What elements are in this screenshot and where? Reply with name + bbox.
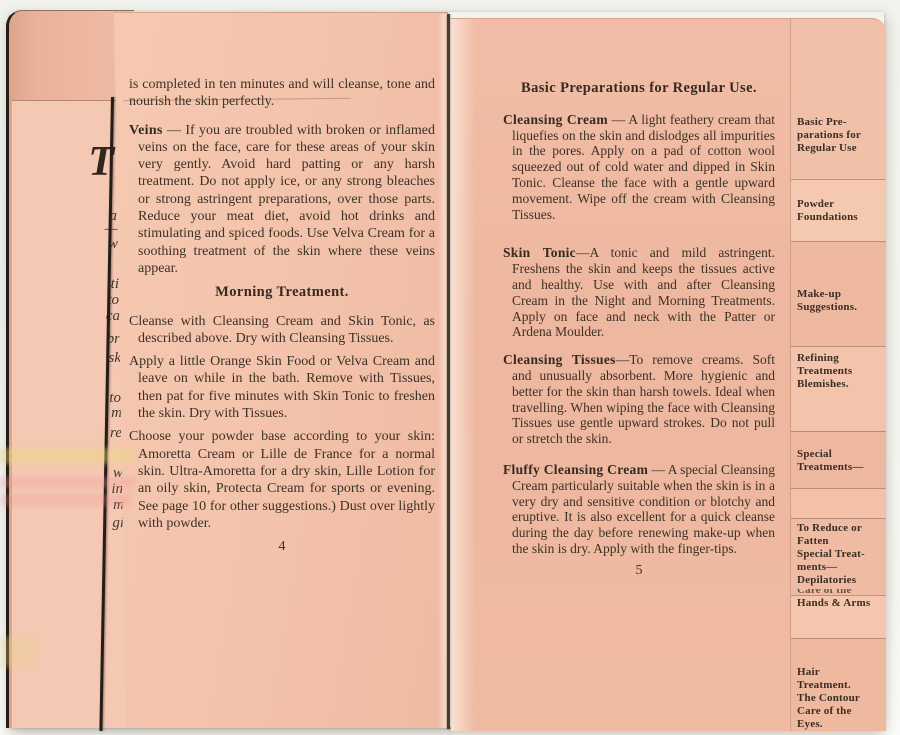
section-heading: Morning Treatment. (129, 284, 435, 301)
gutter-fragment: — (105, 222, 118, 237)
right-page-text: Basic Preparations for Regular Use. Clea… (503, 81, 775, 579)
gutter-fragment: ti (111, 277, 119, 292)
gutter-fragment: m (111, 406, 122, 421)
entry-cleansing-cream: Cleansing Cream — A light feathery cream… (503, 112, 775, 223)
gutter-fragment: in (111, 482, 123, 497)
page-number-left: 4 (129, 538, 435, 555)
entry-lead: Cleansing Cream (503, 112, 608, 127)
entry-cleansing-tissues: Cleansing Tissues—To remove creams. Soft… (503, 352, 775, 447)
paragraph-text: is completed in ten minutes and will cle… (129, 77, 435, 109)
tab-special-treatments: Special Treatments— (797, 448, 885, 474)
gutter-fragment: w (113, 466, 123, 481)
tab-hands-and-arms: Care of theHands & Arms (797, 589, 885, 610)
tab-reduce-or-fatten: To Reduce or Fatten Special Treat- ments… (797, 522, 885, 587)
left-page: is completed in ten minutes and will cle… (107, 12, 448, 728)
gutter-fragment: gi (112, 516, 124, 531)
entry-lead: Skin Tonic (503, 245, 576, 260)
paragraph-morning-1: Cleanse with Cleansing Cream and Skin To… (129, 313, 435, 348)
entry-skin-tonic: Skin Tonic—A tonic and mild astringent. … (503, 245, 775, 340)
paragraph-text: Apply a little Orange Skin Food or Velva… (129, 354, 435, 421)
gutter-fragment: to (109, 391, 121, 406)
paragraph-morning-2: Apply a little Orange Skin Food or Velva… (129, 353, 435, 422)
right-page: Basic Preparations for Regular Use. Clea… (451, 18, 886, 731)
page-fold-highlight (451, 19, 475, 731)
entry-text: — A light feathery cream that liquefies … (512, 112, 775, 222)
entry-lead: Fluffy Cleansing Cream (503, 462, 648, 477)
paragraph-lead: Veins (129, 123, 163, 138)
entry-lead: Cleansing Tissues (503, 352, 616, 367)
page-number-right: 5 (503, 563, 775, 579)
paragraph-intro: is completed in ten minutes and will cle… (129, 76, 435, 111)
tab-basic-preparations: Basic Pre- parations for Regular Use (797, 116, 885, 155)
paragraph-text: Choose your powder base according to you… (129, 429, 435, 530)
tab-label-cut: Care of the (797, 589, 885, 597)
gutter-fragment: sk (109, 351, 122, 366)
tab-hair-treatment: Hair Treatment. The Contour Care of the … (797, 666, 885, 731)
index-tab-column: Basic Pre- parations for Regular Use Pow… (790, 19, 886, 731)
tab-label-text: Hands & Arms (797, 597, 870, 609)
paragraph-morning-3: Choose your powder base according to you… (129, 428, 435, 532)
paragraph-text: — If you are troubled with broken or inf… (138, 123, 435, 276)
gutter-edge-line (447, 14, 450, 729)
tab-cell (791, 488, 886, 519)
scanned-booklet-spread: T a — w ti to ca br sk to m re w in m gi… (0, 0, 900, 735)
paragraph-veins: Veins — If you are troubled with broken … (129, 122, 435, 278)
gutter-fragment: re (110, 426, 122, 441)
page-heading: Basic Preparations for Regular Use. (503, 81, 775, 97)
tab-refining-treatments: Refining Treatments Blemishes. (797, 352, 885, 391)
paragraph-text: Cleanse with Cleansing Cream and Skin To… (129, 314, 435, 346)
left-page-text: is completed in ten minutes and will cle… (129, 76, 435, 555)
gutter-highlight (438, 14, 447, 728)
tab-cell (791, 19, 886, 179)
tab-makeup-suggestions: Make-up Suggestions. (797, 288, 885, 314)
entry-fluffy-cleansing-cream: Fluffy Cleansing Cream — A special Clean… (503, 462, 775, 557)
tab-powder-foundations: Powder Foundations (797, 198, 885, 224)
